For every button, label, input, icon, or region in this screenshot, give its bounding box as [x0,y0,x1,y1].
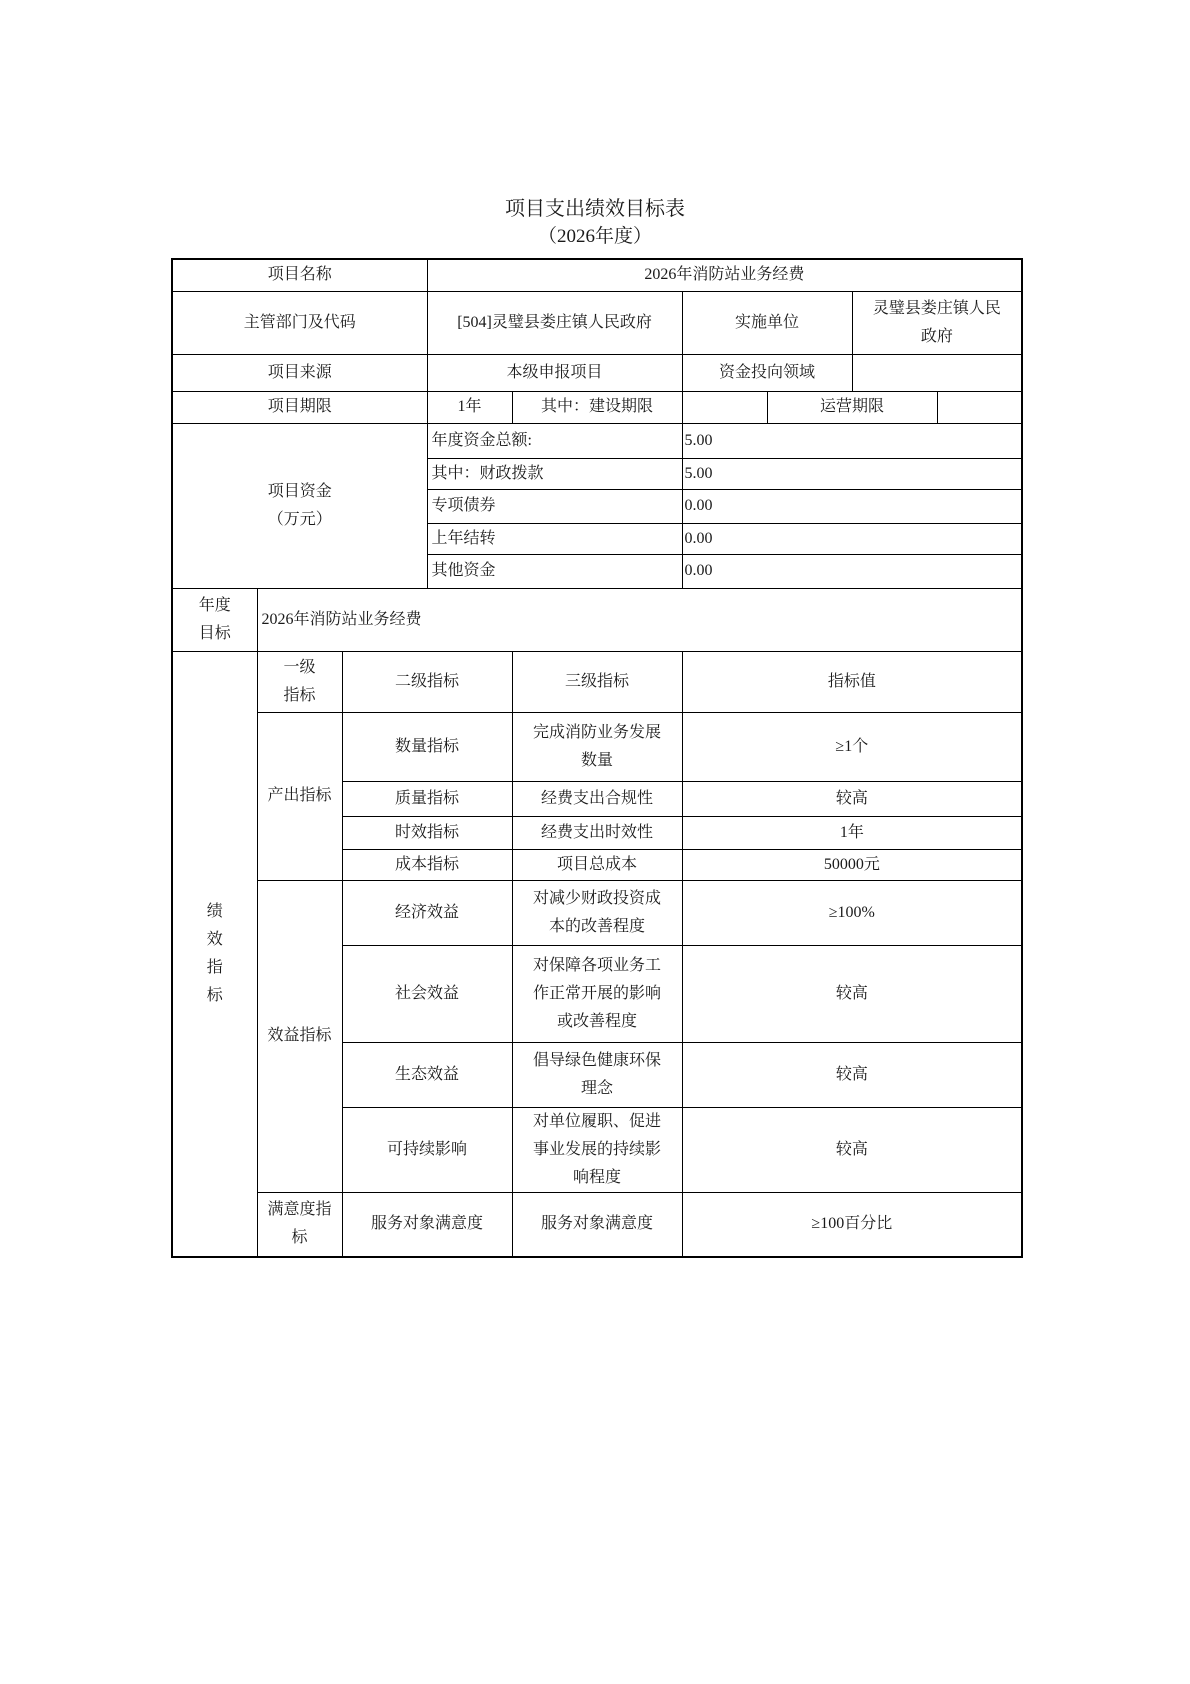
fund-direction-label: 资金投向领域 [682,354,852,391]
funds-other-value: 0.00 [682,554,1022,588]
impl-unit-value: 灵璧县娄庄镇人民 政府 [852,291,1022,354]
operation-period-label: 运营期限 [767,391,937,423]
funds-carryover-label: 上年结转 [427,523,682,554]
benefit-social-l3: 对保障各项业务工 作正常开展的影响 或改善程度 [512,945,682,1042]
source-label: 项目来源 [172,354,427,391]
source-value: 本级申报项目 [427,354,682,391]
header-value: 指标值 [682,651,1022,712]
period-label: 项目期限 [172,391,427,423]
funds-total-value: 5.00 [682,423,1022,458]
period-value: 1年 [427,391,512,423]
benefit-ecological-l3: 倡导绿色健康环保 理念 [512,1042,682,1107]
benefit-social-value: 较高 [682,945,1022,1042]
satisfaction-group-label: 满意度指 标 [257,1192,342,1257]
benefit-sustainable-value: 较高 [682,1107,1022,1192]
satisfaction-l3: 服务对象满意度 [512,1192,682,1257]
benefit-social-l2: 社会效益 [342,945,512,1042]
project-name-label: 项目名称 [172,259,427,291]
row-output-quantity: 产出指标 数量指标 完成消防业务发展 数量 ≥1个 [172,712,1022,781]
benefit-economic-l2: 经济效益 [342,880,512,945]
funds-fiscal-value: 5.00 [682,458,1022,489]
funds-carryover-value: 0.00 [682,523,1022,554]
operation-period-value [937,391,1022,423]
output-cost-l2: 成本指标 [342,849,512,880]
construction-period-value [682,391,767,423]
impl-unit-label: 实施单位 [682,291,852,354]
row-department: 主管部门及代码 [504]灵璧县娄庄镇人民政府 实施单位 灵璧县娄庄镇人民 政府 [172,291,1022,354]
document-page: 项目支出绩效目标表 （2026年度） 项目名称 2026年消防站业务经费 主管部… [0,0,1190,1684]
row-annual-goal: 年度 目标 2026年消防站业务经费 [172,588,1022,651]
output-quality-l2: 质量指标 [342,781,512,816]
row-indicator-header: 绩 效 指 标 一级 指标 二级指标 三级指标 指标值 [172,651,1022,712]
benefit-ecological-l2: 生态效益 [342,1042,512,1107]
department-value: [504]灵璧县娄庄镇人民政府 [427,291,682,354]
benefit-ecological-value: 较高 [682,1042,1022,1107]
output-quantity-l2: 数量指标 [342,712,512,781]
output-cost-value: 50000元 [682,849,1022,880]
funds-other-label: 其他资金 [427,554,682,588]
funds-label: 项目资金 （万元） [172,423,427,588]
header-level1: 一级 指标 [257,651,342,712]
row-source: 项目来源 本级申报项目 资金投向领域 [172,354,1022,391]
funds-total-label: 年度资金总额: [427,423,682,458]
annual-goal-label: 年度 目标 [172,588,257,651]
project-name-value: 2026年消防站业务经费 [427,259,1022,291]
funds-bond-value: 0.00 [682,489,1022,523]
benefit-sustainable-l2: 可持续影响 [342,1107,512,1192]
performance-indicator-label: 绩 效 指 标 [172,651,257,1257]
document-title: 项目支出绩效目标表 [0,196,1190,222]
row-benefit-economic: 效益指标 经济效益 对减少财政投资成 本的改善程度 ≥100% [172,880,1022,945]
output-group-label: 产出指标 [257,712,342,880]
output-timeliness-l3: 经费支出时效性 [512,816,682,849]
row-funds-total: 项目资金 （万元） 年度资金总额: 5.00 [172,423,1022,458]
row-period: 项目期限 1年 其中：建设期限 运营期限 [172,391,1022,423]
funds-fiscal-label: 其中：财政拨款 [427,458,682,489]
output-quantity-value: ≥1个 [682,712,1022,781]
output-timeliness-l2: 时效指标 [342,816,512,849]
benefit-economic-value: ≥100% [682,880,1022,945]
header-level2: 二级指标 [342,651,512,712]
output-quality-value: 较高 [682,781,1022,816]
row-project-name: 项目名称 2026年消防站业务经费 [172,259,1022,291]
satisfaction-value: ≥100百分比 [682,1192,1022,1257]
benefit-group-label: 效益指标 [257,880,342,1192]
output-quantity-l3: 完成消防业务发展 数量 [512,712,682,781]
output-timeliness-value: 1年 [682,816,1022,849]
benefit-economic-l3: 对减少财政投资成 本的改善程度 [512,880,682,945]
output-quality-l3: 经费支出合规性 [512,781,682,816]
department-label: 主管部门及代码 [172,291,427,354]
document-subtitle: （2026年度） [0,224,1190,250]
construction-period-label: 其中：建设期限 [512,391,682,423]
performance-target-table: 项目名称 2026年消防站业务经费 主管部门及代码 [504]灵璧县娄庄镇人民政… [171,258,1023,1258]
benefit-sustainable-l3: 对单位履职、促进 事业发展的持续影 响程度 [512,1107,682,1192]
row-satisfaction: 满意度指 标 服务对象满意度 服务对象满意度 ≥100百分比 [172,1192,1022,1257]
output-cost-l3: 项目总成本 [512,849,682,880]
header-level3: 三级指标 [512,651,682,712]
annual-goal-value: 2026年消防站业务经费 [257,588,1022,651]
funds-bond-label: 专项债券 [427,489,682,523]
fund-direction-value [852,354,1022,391]
satisfaction-l2: 服务对象满意度 [342,1192,512,1257]
